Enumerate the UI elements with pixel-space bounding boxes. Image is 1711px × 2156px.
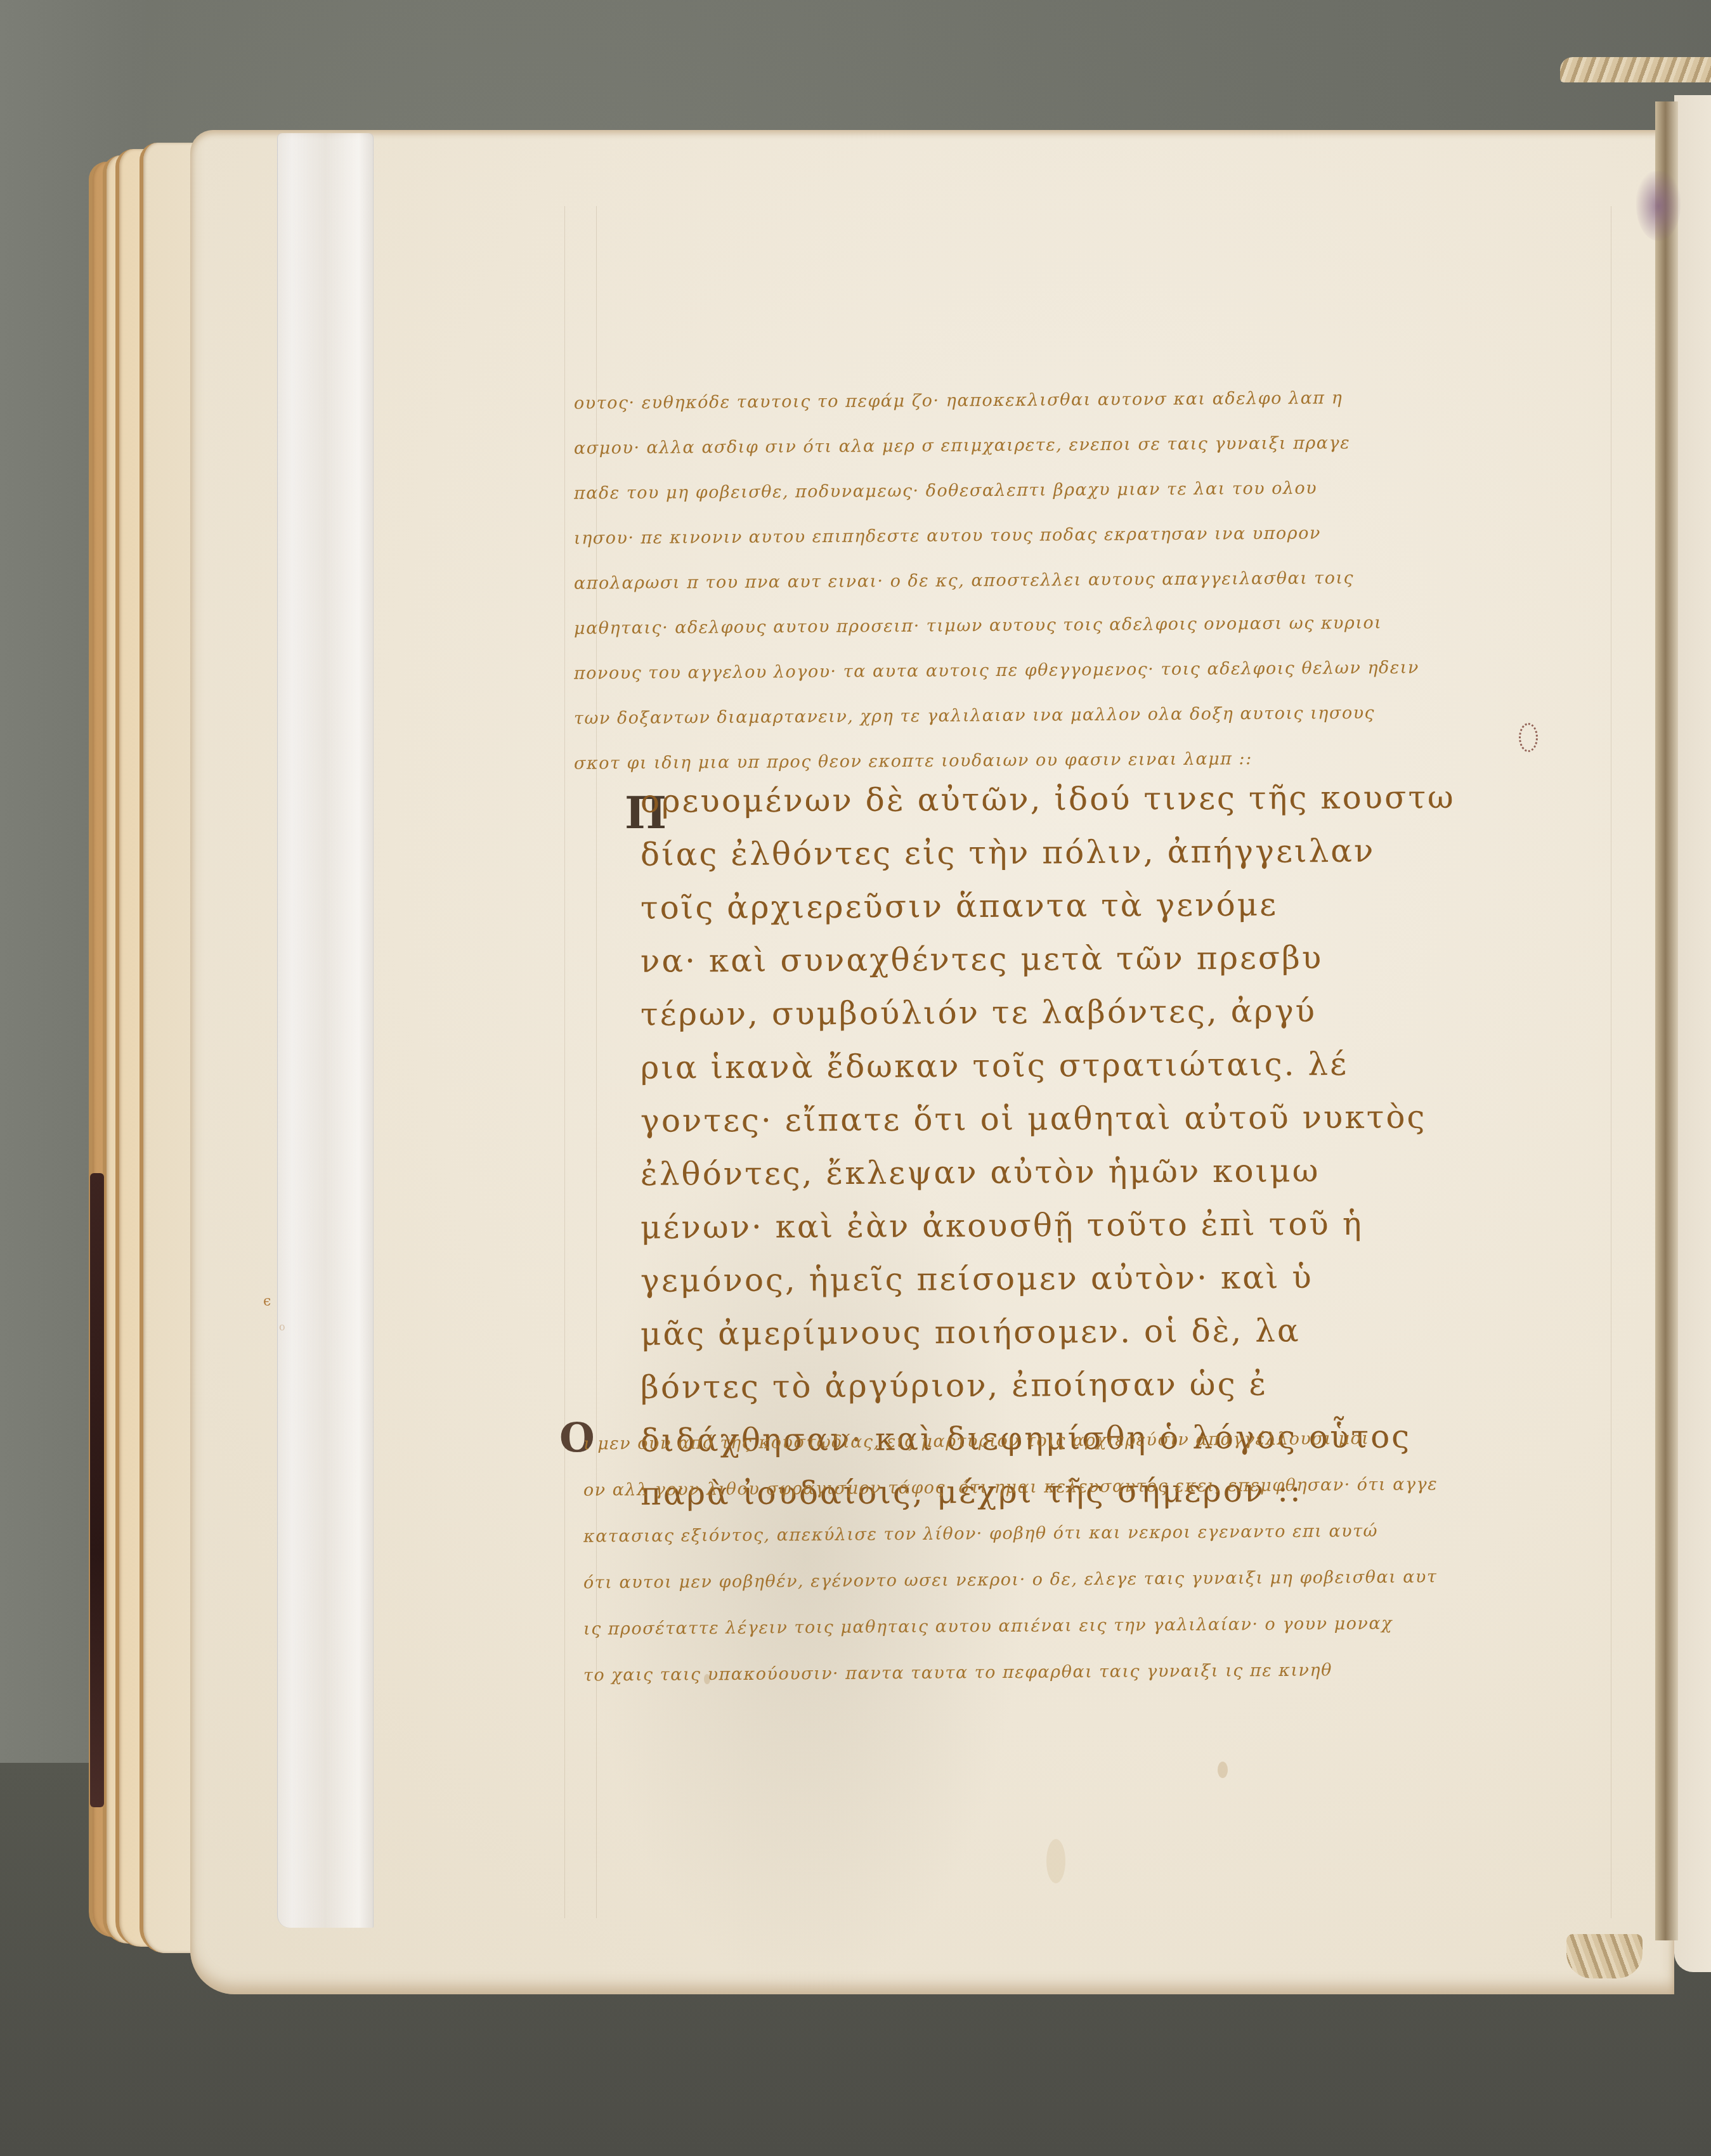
ruling-line (564, 206, 565, 1918)
commentary-line: ιησου· πε κινονιν αυτου επιπηδεστε αυτου… (574, 509, 1601, 561)
main-text-line: μένων· καὶ ἐὰν ἀκουσθῇ τοῦτο ἐπὶ τοῦ ἡ (641, 1196, 1541, 1254)
binding-leather-edge (90, 1173, 104, 1807)
gutter-fold (1655, 101, 1678, 1940)
commentary-line: κατασιας εξιόντος, απεκύλισε τον λίθον· … (583, 1506, 1611, 1559)
leaf-mark: ϵ (263, 1294, 271, 1309)
main-text-line: ἐλθόντες, ἔκλεψαν αὐτὸν ἡμῶν κοιμω (641, 1143, 1541, 1200)
main-text-line: μᾶς ἀμερίμνους ποιήσομεν. οἱ δὲ, λα (641, 1302, 1541, 1360)
clear-plastic-strap (277, 133, 374, 1928)
purple-ink-stain (1636, 171, 1681, 241)
foxing-spot (1218, 1762, 1228, 1778)
facing-page-edge (1674, 95, 1711, 1972)
commentary-line: ις προσέταττε λέγειν τοις μαθηταις αυτου… (583, 1599, 1611, 1652)
commentary-line: ον αλλ γουν λιθου σφραγισμον τάφος· ότι … (583, 1460, 1611, 1513)
commentary-line: ι μεν ουν από της κουστωδίας, εις μαρτύρ… (583, 1413, 1611, 1467)
commentary-line: παδε του μη φοβεισθε, ποδυναμεως· δοθεσα… (574, 464, 1601, 516)
main-text-line: γοντες· εἴπατε ὅτι οἱ μαθηταὶ αὐτοῦ νυκτ… (641, 1089, 1541, 1147)
commentary-line: μαθηταις· αδελφους αυτου προσειπ· τιμων … (574, 599, 1601, 651)
commentary-line: των δοξαντων διαμαρτανειν, χρη τε γαλιλα… (574, 689, 1601, 741)
commentary-line: ουτος· ευθηκόδε ταυτοις το πεφάμ ζο· ηαπ… (574, 373, 1601, 425)
main-text-line: ορευομένων δὲ αὐτῶν, ἰδού τινες τῆς κουσ… (641, 770, 1541, 828)
commentary-bottom: ι μεν ουν από της κουστωδίας, εις μαρτύρ… (583, 1417, 1611, 1695)
commentary-top: ουτος· ευθηκόδε ταυτοις το πεφάμ ζο· ηαπ… (574, 377, 1601, 783)
main-text-line: τοῖς ἀρχιερεῦσιν ἅπαντα τὰ γενόμε (641, 876, 1541, 934)
foxing-spot (1046, 1839, 1065, 1883)
headband-bottom (1566, 1934, 1643, 1978)
main-text-line: τέρων, συμβούλιόν τε λαβόντες, ἀργύ (641, 983, 1541, 1041)
commentary-line: το χαις ταις υπακούουσιν· παντα ταυτα το… (583, 1645, 1611, 1698)
ruling-line (1611, 206, 1611, 1918)
main-text-line: να· καὶ συναχθέντες μετὰ τῶν πρεσβυ (641, 930, 1541, 987)
main-text-line: δίας ἐλθόντες εἰς τὴν πόλιν, ἀπήγγειλαν (641, 823, 1541, 881)
commentary-line: ασμου· αλλα ασδιφ σιν ότι αλα μερ σ επιμ… (574, 419, 1601, 471)
headband-top (1560, 57, 1711, 82)
commentary-line: απολαρωσι π του πνα αυτ ειναι· ο δε κς, … (574, 554, 1601, 606)
main-text-line: ρια ἱκανὰ ἔδωκαν τοῖς στρατιώταις. λέ (641, 1036, 1541, 1094)
main-text: ορευομένων δὲ αὐτῶν, ἰδού τινες τῆς κουσ… (641, 772, 1541, 1518)
main-text-line: γεμόνος, ἡμεῖς πείσομεν αὐτὸν· καὶ ὑ (641, 1249, 1541, 1307)
commentary-line: πονους του αγγελου λογου· τα αυτα αυτοις… (574, 644, 1601, 696)
commentary-line: ότι αυτοι μεν φοβηθέν, εγένοντο ωσει νεκ… (583, 1552, 1611, 1606)
main-text-line: βόντες τὸ ἀργύριον, ἐποίησαν ὡς ἐ (641, 1356, 1541, 1413)
